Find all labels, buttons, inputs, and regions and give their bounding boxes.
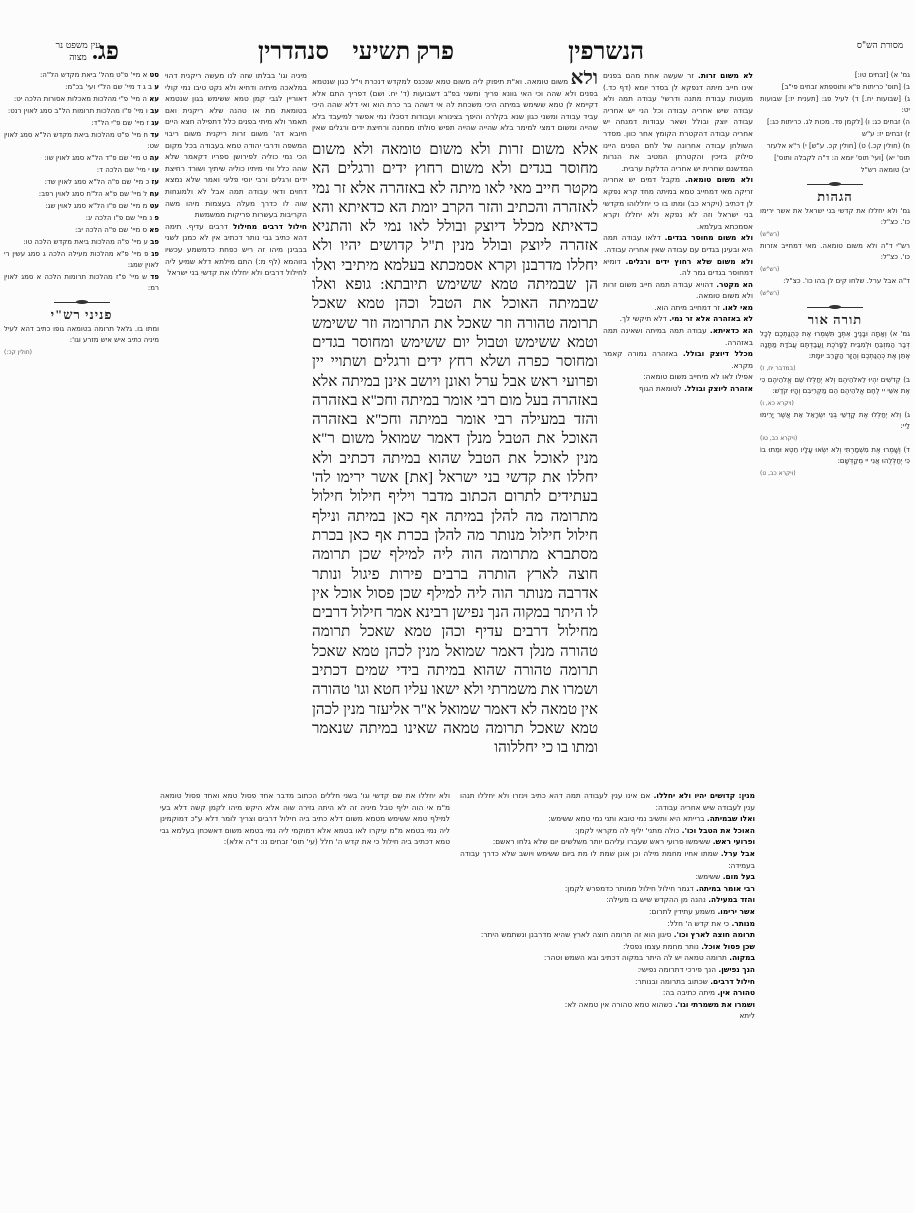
- commentary-entry: מאי לאו. זר דמחייב מיתה הוא.: [603, 302, 753, 314]
- tosafot-commentary: מיניה וגו' בבלתו שזה לנו מעשה ריקנית דהו…: [165, 70, 307, 770]
- commentary-text: משמע עתידין לתרום:: [649, 907, 715, 916]
- entry-text: ס מיי' שם פ"ה הלכה יב:: [75, 226, 147, 234]
- commentary-entry: מיניה וגו' בבלתו שזה לנו מעשה ריקנית דהו…: [165, 70, 307, 221]
- entry-text: א מיי' פ"ט מהל' ביאת מקדש הל"ה:: [40, 71, 147, 79]
- ein-mishpat-heading: עין משפט נר מצוה: [48, 40, 108, 64]
- dibbur-hamatchil: במקוה.: [729, 953, 755, 962]
- commentary-entry: רבי אומר במיתה. דגמר חילול חילול ממותר כ…: [460, 883, 755, 895]
- commentary-entry: לא משום זרות. זר שעשה אחת מהם בפנים אינו…: [603, 70, 753, 174]
- right-margin: גמ' א) [זבחים טו:]ב) [תוס' כריתות פ"א ות…: [760, 70, 910, 770]
- dibbur-hamatchil: שכן פסול אוכל.: [701, 942, 755, 951]
- dibbur-hamatchil: לא משום זרות.: [698, 71, 753, 80]
- entry-label: פ: [154, 214, 159, 222]
- dibbur-hamatchil: הא מקטר.: [716, 280, 753, 289]
- masoret-entry: ב) [תוס' כריתות פ"א ותוספתא זבחים פי"ב]: [760, 82, 910, 93]
- commentary-text: דלא תיקשי לך.: [620, 314, 667, 323]
- ein-mishpat-entry: פא ס מיי' שם פ"ה הלכה יב:: [4, 225, 159, 236]
- ein-mishpat-entry: ע ב ג ד מיי' שם הל"י ועי' בכ"מ:: [4, 82, 159, 93]
- torah-or-verses: גמ' א) וְאַתָּה וּבָנֶיךָ אִתְּךָ תִּשְׁ…: [760, 329, 910, 479]
- entry-text: ז מיי' שם פ"י הל"ד:: [91, 119, 149, 127]
- dibbur-hamatchil: ופרועי ראש.: [713, 837, 755, 846]
- commentary-entry: שכן פסול אוכל. נותר מחמת עצמו נפסל:: [460, 941, 755, 953]
- entry-label: פב: [150, 238, 159, 246]
- commentary-text: ברייתא היא ותשיב נמי טובא ותני נמי טמא ש…: [548, 814, 704, 823]
- commentary-text: כולה מתני' יליף לה מקראי לקמן:: [575, 826, 679, 835]
- dibbur-hamatchil: מכלל דיוצק ובולל.: [683, 349, 753, 358]
- entry-label: עא: [149, 95, 159, 103]
- commentary-entry: ופרועי ראש. ששימשו פרועי ראש שעברו עליהם…: [460, 836, 755, 848]
- commentary-entry: טהורה אין. מיתה כתיבה בה:: [460, 987, 755, 999]
- dibbur-hamatchil: הא כדאיתא.: [710, 326, 753, 335]
- commentary-entry: חילול דרבים מחילול דרבים עדיף. תימה דהא …: [165, 221, 307, 279]
- dibbur-hamatchil: לא באזהרה אלא זר נמי.: [669, 314, 753, 323]
- section-divider: [54, 302, 110, 303]
- torahor-ref: (ויקרא כב, ט): [760, 468, 910, 479]
- commentary-entry: ולא יחללו את שם קדשי וגו' בשני חללים הכת…: [160, 790, 450, 848]
- commentary-entry: ליתא: [460, 1010, 755, 1022]
- ein-mishpat-entry: עב ו מיי' פ"ו מהלכות תרומות הל"ב סמג לאו…: [4, 106, 159, 117]
- entry-label: פג: [151, 250, 159, 258]
- dibbur-hamatchil: רבי אומר במיתה.: [696, 884, 755, 893]
- ein-mishpat-entry: פד ש מיי' פ"ז מהלכות תרומות הלכה א סמג ל…: [4, 272, 159, 294]
- rashi-bottom: מנין: קדושים יהיו ולא יחללו. אם אינו עני…: [460, 790, 755, 1080]
- ein-mishpat-entry: עח ל מיי' שם פ"א הל"ח סמג לאוין רפב:: [4, 189, 159, 200]
- entry-text: י מיי' שם הלכה ד:: [97, 166, 150, 174]
- commentary-entry: לא באזהרה אלא זר נמי. דלא תיקשי לך.: [603, 313, 753, 325]
- ein-mishpat-entry: עה ט מיי' שם פ"ד הל"א סמג לאוין שו:: [4, 153, 159, 164]
- tractate-name: סנהדרין: [258, 38, 329, 66]
- torahor-entry: גמ' א) וְאַתָּה וּבָנֶיךָ אִתְּךָ תִּשְׁ…: [760, 329, 910, 362]
- ein-mishpat-entry: עו י מיי' שם הלכה ד:: [4, 165, 159, 176]
- dibbur-hamatchil: טהורה אין.: [717, 988, 755, 997]
- page-header: מסורת הש"ס הנשרפין פרק תשיעי סנהדרין פג.…: [0, 38, 914, 68]
- dibbur-hamatchil: אזהרה ליוצק ובולל.: [684, 384, 753, 393]
- entry-text: נ מיי' שם פ"ו הלכה יג:: [86, 214, 152, 222]
- commentary-entry: ולא משום מחוסר בגדים. דלאו עבודה תמה היא…: [603, 232, 753, 255]
- section-divider: [807, 184, 863, 185]
- dibbur-hamatchil: ולא משום טומאה.: [685, 175, 753, 184]
- entry-text: ח מיי' פ"ט מהלכות ביאת מקדש הל"א סמג לאו…: [4, 131, 159, 150]
- tosafot-top-strip: ולא משום טומאה. וא"ת תיפוק ליה משום טמא …: [312, 70, 598, 136]
- catchword: פרט: [312, 760, 598, 766]
- dibbur-hamatchil: האוכל את הטבל וכו'.: [682, 826, 755, 835]
- entry-label: עד: [150, 131, 159, 139]
- commentary-entry: במקוה. תרומה טמאה יש לה היתר במקוה דכתיב…: [460, 952, 755, 964]
- dibbur-hamatchil: מנין: קדושים יהיו ולא יחללו.: [654, 791, 755, 800]
- hagahot-ref: (רש"ש): [760, 264, 910, 275]
- entry-text: ש מיי' פ"ז מהלכות תרומות הלכה א סמג לאוי…: [4, 273, 159, 292]
- section-divider: [807, 307, 863, 308]
- gemara-paragraph: אלא משום זרות ולא משום טומאה ולא משום מח…: [312, 140, 598, 758]
- entry-label: עח: [150, 190, 159, 198]
- commentary-entry: אפילו לאו לא מיחייב משום טומאה:: [603, 371, 753, 383]
- commentary-entry: האוכל את הטבל וכו'. כולה מתני' יליף לה מ…: [460, 825, 755, 837]
- commentary-entry: הנך נפישן. הנך פירכי דתרומה נפישי:: [460, 964, 755, 976]
- commentary-text: לטומאת הגוף: [639, 384, 682, 393]
- commentary-entry: הא כדאיתא. עבודה תמה במיתה ושאינה תמה בא…: [603, 325, 753, 348]
- commentary-text: שכתוב בתרומה ובנותר:: [635, 977, 708, 986]
- ein-mishpat-entry: פ נ מיי' שם פ"ו הלכה יג:: [4, 213, 159, 224]
- commentary-text: זר שעשה אחת מהם בפנים אינו חייב מיתה דנפ…: [603, 71, 753, 173]
- commentary-text: זר דמחייב מיתה הוא.: [654, 303, 720, 312]
- commentary-text: הנך פירכי דתרומה נפישי:: [638, 965, 716, 974]
- commentary-text: שמתו אחיו מחמת מילה וכן אונן שמת לו מת ב…: [460, 849, 755, 870]
- masoret-hashas-heading: מסורת הש"ס: [850, 40, 910, 52]
- ein-mishpat-entry: עז כ מיי' שם פ"ה הל"א סמג לאוין שד:: [4, 177, 159, 188]
- dibbur-hamatchil: מאי לאו.: [722, 303, 753, 312]
- commentary-entry: חילול דרבים. שכתוב בתרומה ובנותר:: [460, 976, 755, 988]
- commentary-entry: ואלו שבמיתה. ברייתא היא ותשיב נמי טובא ו…: [460, 813, 755, 825]
- commentary-text: ליתא: [739, 1011, 755, 1020]
- dibbur-hamatchil: הנך נפישן.: [718, 965, 755, 974]
- entry-text: ט מיי' שם פ"ד הל"א סמג לאוין שו:: [44, 154, 147, 162]
- hagahot-title: הגהות: [760, 191, 910, 202]
- commentary-text: תרומה טמאה יש לה היתר במקוה דכתיב ובא הש…: [544, 953, 727, 962]
- pninei-rashi-text: ומתו בו. גלאל תרומה בטומאה גופו כתיב דהא…: [4, 324, 159, 346]
- torahor-entry: ד) וְשָׁמְרוּ אֶת מִשְׁמַרְתִּי וְלֹא יִ…: [760, 445, 910, 467]
- tosafot-bottom: ולא יחללו את שם קדשי וגו' בשני חללים הכת…: [160, 790, 450, 1080]
- commentary-text: ששימשו פרועי ראש שעברו עליהם יותר משלשים…: [493, 837, 711, 846]
- dibbur-hamatchil: ולא משום מחוסר בגדים.: [665, 233, 753, 242]
- torahor-ref: (ויקרא כא, ו): [760, 398, 910, 409]
- torahor-entry: ב) קְדֹשִׁים יִהְיוּ לֵאלֹהֵיהֶם וְלֹא י…: [760, 375, 910, 397]
- entry-label: ע: [154, 83, 159, 91]
- masoret-hashas: גמ' א) [זבחים טו:]ב) [תוס' כריתות פ"א ות…: [760, 70, 910, 176]
- entry-label: עז: [152, 178, 159, 186]
- entry-label: סט: [149, 71, 159, 79]
- entry-label: עג: [151, 119, 159, 127]
- entry-text: ע מיי' פ"ה מהלכות ביאת מקדש הלכה טו:: [23, 238, 147, 246]
- commentary-entry: אזהרה ליוצק ובולל. לטומאת הגוף: [603, 383, 753, 395]
- torahor-ref: (במדבר יח, ז): [760, 363, 910, 374]
- entry-label: עב: [150, 107, 159, 115]
- dibbur-hamatchil: אבל ערל.: [721, 849, 755, 858]
- hagahot-ref: (רש"ש): [760, 288, 910, 299]
- entry-text: כ מיי' שם פ"ה הל"א סמג לאוין שד:: [45, 178, 150, 186]
- commentary-text: מיניה וגו' בבלתו שזה לנו מעשה ריקנית דהו…: [165, 71, 307, 219]
- entry-text: ו מיי' פ"ו מהלכות תרומות הל"ב סמג לאוין …: [8, 107, 148, 115]
- masoret-entry: גמ' א) [זבחים טו:]: [760, 70, 910, 81]
- hagahot-entry: רש"י ד"ה ולא משום טומאה. מאי דמחייב אזרו…: [760, 241, 910, 263]
- commentary-entry: אשר ירימו. משמע עתידין לתרום:: [460, 906, 755, 918]
- left-margin: סט א מיי' פ"ט מהל' ביאת מקדש הל"ה:ע ב ג …: [4, 70, 159, 690]
- entry-text: ל מיי' שם פ"א הל"ח סמג לאוין רפב:: [39, 190, 148, 198]
- torahor-entry: ג) וְלֹא יְחַלְּלוּ אֶת קָדְשֵׁי בְּנֵי …: [760, 410, 910, 432]
- masoret-entry: יב) טומאה רש"ל: [760, 165, 910, 176]
- ein-mishpat-entry: עט מ מיי' שם פ"ו הל"א סמג לאוין שג:: [4, 201, 159, 212]
- pninei-rashi-title: פניני רש"י: [4, 309, 159, 320]
- commentary-entry: מנין: קדושים יהיו ולא יחללו. אם אינו עני…: [460, 790, 755, 813]
- masoret-entry: ח) (חולין קכ.) ט) [חולין קכ. ע"ש] י) ר"א…: [760, 141, 910, 152]
- commentary-text: מיתה כתיבה בה:: [663, 988, 715, 997]
- tosafot-opening-word: ולא: [571, 70, 598, 89]
- chapter-name: הנשרפין: [568, 38, 644, 66]
- dibbur-hamatchil: בעל מום.: [723, 872, 755, 881]
- dibbur-hamatchil: והזד במעילה.: [708, 895, 755, 904]
- hagahot-entry: ד"ה אבל ערל. שלחו קים לן בהו כו'. כצ"ל:: [760, 276, 910, 287]
- dibbur-hamatchil: חילול דרבים.: [710, 977, 755, 986]
- commentary-text: נהנה מן ההקדש שיש בו מעילה:: [606, 895, 706, 904]
- dibbur-hamatchil: ואלו שבמיתה.: [707, 814, 755, 823]
- hagahot-notes: גמ' ולא יחללו את קדשי בני ישראל את אשר י…: [760, 206, 910, 299]
- hagahot-entry: גמ' ולא יחללו את קדשי בני ישראל את אשר י…: [760, 206, 910, 228]
- dibbur-hamatchil: חילול דרבים מחילול: [233, 222, 307, 231]
- ein-mishpat-entry: עד ח מיי' פ"ט מהלכות ביאת מקדש הל"א סמג …: [4, 130, 159, 152]
- ein-mishpat-entry: עג ז מיי' שם פ"י הל"ד:: [4, 118, 159, 129]
- commentary-entry: והזד במעילה. נהנה מן ההקדש שיש בו מעילה:: [460, 894, 755, 906]
- commentary-text: ולא יחללו את שם קדשי וגו' בשני חללים הכת…: [160, 791, 450, 846]
- gemara-text: אלא משום זרות ולא משום טומאה ולא משום מח…: [312, 140, 598, 765]
- entry-text: פ מיי' פ"א מהלכות מעילה הלכה ג סמג עשין …: [4, 250, 159, 269]
- ein-mishpat-entry: פב ע מיי' פ"ה מהלכות ביאת מקדש הלכה טו:: [4, 237, 159, 248]
- masoret-entry: ה) זבחים כג: ו) [לקמן פד. מכות לג. כריתו…: [760, 117, 910, 128]
- masoret-entry: ג) [שבועות יח.] ד) לעיל פג: [תענית יז:] …: [760, 94, 910, 116]
- ein-mishpat-entry: פג פ מיי' פ"א מהלכות מעילה הלכה ג סמג עש…: [4, 249, 159, 271]
- rashi-commentary: לא משום זרות. זר שעשה אחת מהם בפנים אינו…: [603, 70, 753, 770]
- dibbur-hamatchil: אשר ירימו.: [717, 907, 755, 916]
- dibbur-hamatchil: ושמרו את משמרתי וגו'.: [675, 1000, 755, 1009]
- masoret-entry: ז) זבחים יז: ע"ש: [760, 129, 910, 140]
- torah-or-title: תורה אור: [760, 314, 910, 325]
- entry-text: ב ג ד מיי' שם הל"י ועי' בכ"מ:: [65, 83, 152, 91]
- entry-label: עה: [150, 154, 159, 162]
- commentary-entry: ולא משום שלא רחוץ ידים ורגלים. דומיא דמח…: [603, 256, 753, 279]
- entry-label: פא: [149, 226, 159, 234]
- entry-label: פד: [150, 273, 159, 281]
- ein-mishpat: סט א מיי' פ"ט מהל' ביאת מקדש הל"ה:ע ב ג …: [4, 70, 159, 294]
- chapter-number: פרק תשיעי: [353, 38, 454, 66]
- commentary-entry: הא מקטר. דהויא עבודה תמה חייב משום זרות …: [603, 279, 753, 302]
- ein-mishpat-entry: עא ה מיי' פ"י מהלכות מאכלות אסורות הלכה …: [4, 94, 159, 105]
- entry-label: עט: [150, 202, 159, 210]
- commentary-text: דגמר חילול חילול ממותר כדמפרש לקמן:: [565, 884, 694, 893]
- entry-label: עו: [152, 166, 159, 174]
- commentary-entry: אבל ערל. שמתו אחיו מחמת מילה וכן אונן שמ…: [460, 848, 755, 871]
- entry-text: מ מיי' שם פ"ו הל"א סמג לאוין שג:: [45, 202, 147, 210]
- commentary-text: ששימש:: [695, 872, 720, 881]
- hagahot-ref: (רש"ש): [760, 229, 910, 240]
- dibbur-hamatchil: תרומה חוצה לארץ וכו'.: [674, 930, 755, 939]
- commentary-text: נותר מחמת עצמו נפסל:: [623, 942, 699, 951]
- commentary-entry: ולא משום טומאה. מקבל דמים יש אחריה זריקה…: [603, 174, 753, 232]
- commentary-text: אפילו לאו לא מיחייב משום טומאה:: [643, 372, 753, 381]
- dibbur-hamatchil: ולא משום שלא רחוץ ידים ורגלים.: [626, 257, 753, 266]
- dibbur-hamatchil: מנותר.: [731, 919, 755, 928]
- entry-text: ה מיי' פ"י מהלכות מאכלות אסורות הלכה יט:: [14, 95, 147, 103]
- commentary-entry: מנותר. כי את קדש ה' חלל:: [460, 918, 755, 930]
- commentary-text: כי את קדש ה' חלל:: [667, 919, 729, 928]
- commentary-entry: מכלל דיוצק ובולל. באזהרה גמורה קאמר מקרא…: [603, 348, 753, 371]
- commentary-entry: תרומה חוצה לארץ וכו'. סיגון הוא זה תרומה…: [460, 929, 755, 941]
- commentary-text: סיגון הוא זה תרומה חוצה לארץ שהיא מדרבנן…: [481, 930, 672, 939]
- commentary-text: כשהוא טמא טהורה אין טמאה לא:: [565, 1000, 673, 1009]
- commentary-entry: ושמרו את משמרתי וגו'. כשהוא טמא טהורה אי…: [460, 999, 755, 1011]
- pninei-rashi-ref: (חולין קכ:): [4, 347, 159, 358]
- ein-mishpat-entry: סט א מיי' פ"ט מהל' ביאת מקדש הל"ה:: [4, 70, 159, 81]
- commentary-entry: בעל מום. ששימש:: [460, 871, 755, 883]
- torahor-ref: (ויקרא כב, טו): [760, 433, 910, 444]
- masoret-entry: תוס' יא) [ועי' תוס' יומא ה: ד"ה לקבלה ות…: [760, 153, 910, 164]
